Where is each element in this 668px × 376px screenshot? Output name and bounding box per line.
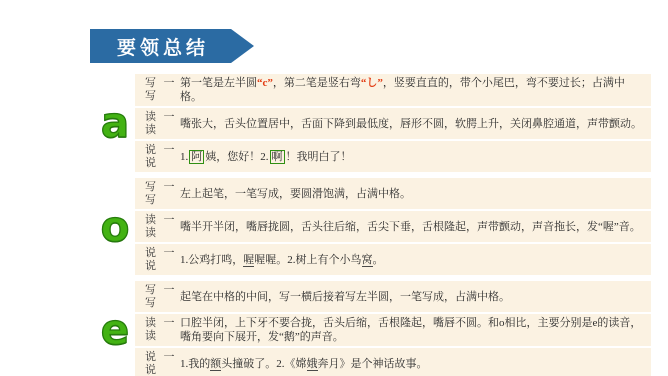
row-content-write: 第一笔是左半圆“c”，第二笔是竖右弯“し”，竖要直直的，带个小尾巴，弯不要过长；… [180, 76, 645, 104]
sections: a写写一第一笔是左半圆“c”，第二笔是竖右弯“し”，竖要直直的，带个小尾巴，弯不… [95, 74, 651, 376]
row-text: 嘴张大，舌头位置居中，舌面下降到最低度，唇形不圆，软腭上升，关闭鼻腔通道，声带颤… [180, 117, 642, 131]
row-dash: 一 [158, 350, 180, 376]
highlight-underline: 窝 [362, 254, 373, 267]
text-segment: 嘴张大，舌头位置居中，舌面下降到最低度，唇形不圆，软腭上升，关闭鼻腔通道，声带颤… [180, 118, 642, 130]
row-content-speak: 1.我的额头撞破了。2.《嫦娥奔月》是个神话故事。 [180, 350, 645, 376]
text-segment: 姨，您好！2. [205, 151, 268, 163]
highlight-red: “c” [257, 77, 273, 89]
row-o-speak: 说说一1.公鸡打鸣，喔喔喔。2.树上有个小鸟窝。 [135, 244, 651, 275]
row-label-write: 写写 [145, 283, 158, 310]
row-label-char: 读 [145, 111, 158, 124]
row-a-speak: 说说一1.阿姨，您好！2.啊！我明白了！ [135, 141, 651, 172]
highlight-underline: 额 [210, 358, 221, 371]
row-label-char: 写 [145, 194, 158, 207]
highlight-underline: 娥 [307, 358, 318, 371]
row-label-char: 读 [145, 227, 158, 240]
row-e-read: 读读一口腔半闭，上下牙不要合拢，舌头后缩，舌根隆起，嘴唇不圆。和o相比，主要分别… [135, 314, 651, 346]
section-a: a写写一第一笔是左半圆“c”，第二笔是竖右弯“し”，竖要直直的，带个小尾巴，弯不… [95, 74, 651, 172]
text-segment: ，第二笔是竖右弯 [273, 77, 361, 89]
rows-o: 写写一左上起笔，一笔写成，要圆滑饱满，占满中格。读读一嘴半开半闭，嘴唇拢圆，舌头… [135, 178, 651, 275]
row-label-char: 读 [145, 330, 158, 343]
row-text: 起笔在中格的中间，写一横后接着写左半圆，一笔写成，占满中格。 [180, 290, 510, 304]
section-o: o写写一左上起笔，一笔写成，要圆滑饱满，占满中格。读读一嘴半开半闭，嘴唇拢圆，舌… [95, 178, 651, 275]
text-segment: 口腔半闭，上下牙不要合拢，舌头后缩，舌根隆起，嘴唇不圆。和o相比，主要分别是e的… [180, 317, 641, 343]
pinyin-letter-o: o [95, 206, 135, 248]
row-dash: 一 [158, 283, 180, 310]
slide: 要领总结 a写写一第一笔是左半圆“c”，第二笔是竖右弯“し”，竖要直直的，带个小… [0, 0, 668, 376]
text-segment: 1. [180, 151, 188, 163]
row-label-char: 写 [145, 181, 158, 194]
row-o-write: 写写一左上起笔，一笔写成，要圆滑饱满，占满中格。 [135, 178, 651, 209]
row-label-char: 读 [145, 214, 158, 227]
highlight-red: “し” [361, 77, 383, 89]
row-label-char: 读 [145, 124, 158, 137]
row-text: 1.阿姨，您好！2.啊！我明白了！ [180, 150, 352, 164]
row-label-char: 写 [145, 297, 158, 310]
row-label-char: 说 [145, 144, 158, 157]
row-label-char: 说 [145, 247, 158, 260]
row-dash: 一 [158, 180, 180, 207]
text-segment: 嘴半开半闭，嘴唇拢圆，舌头往后缩，舌尖下垂，舌根隆起，声带颤动，声音拖长，发“喔… [180, 221, 641, 233]
row-dash: 一 [158, 110, 180, 137]
text-segment: 第一笔是左半圆 [180, 77, 257, 89]
row-content-read: 口腔半闭，上下牙不要合拢，舌头后缩，舌根隆起，嘴唇不圆。和o相比，主要分别是e的… [180, 316, 645, 344]
text-segment: ！我明白了！ [286, 151, 352, 163]
row-label-speak: 说说 [145, 246, 158, 273]
row-dash: 一 [158, 316, 180, 344]
text-segment: 奔月》是个神话故事。 [318, 358, 428, 370]
row-label-char: 写 [145, 284, 158, 297]
row-text: 左上起笔，一笔写成，要圆滑饱满，占满中格。 [180, 187, 411, 201]
row-label-char: 写 [145, 90, 158, 103]
text-segment: 左上起笔，一笔写成，要圆滑饱满，占满中格。 [180, 188, 411, 200]
page-title: 要领总结 [117, 33, 227, 60]
row-text: 第一笔是左半圆“c”，第二笔是竖右弯“し”，竖要直直的，带个小尾巴，弯不要过长；… [180, 76, 645, 104]
row-label-char: 说 [145, 351, 158, 364]
row-label-write: 写写 [145, 180, 158, 207]
row-a-write: 写写一第一笔是左半圆“c”，第二笔是竖右弯“し”，竖要直直的，带个小尾巴，弯不要… [135, 74, 651, 106]
row-label-char: 说 [145, 364, 158, 376]
row-text: 1.公鸡打鸣，喔喔喔。2.树上有个小鸟窝。 [180, 253, 384, 267]
row-content-speak: 1.阿姨，您好！2.啊！我明白了！ [180, 143, 645, 170]
rows-e: 写写一起笔在中格的中间，写一横后接着写左半圆，一笔写成，占满中格。读读一口腔半闭… [135, 281, 651, 376]
section-e: e写写一起笔在中格的中间，写一横后接着写左半圆，一笔写成，占满中格。读读一口腔半… [95, 281, 651, 376]
row-content-read: 嘴张大，舌头位置居中，舌面下降到最低度，唇形不圆，软腭上升，关闭鼻腔通道，声带颤… [180, 110, 645, 137]
row-text: 口腔半闭，上下牙不要合拢，舌头后缩，舌根隆起，嘴唇不圆。和o相比，主要分别是e的… [180, 316, 645, 344]
row-label-read: 读读 [145, 213, 158, 240]
rows-a: 写写一第一笔是左半圆“c”，第二笔是竖右弯“し”，竖要直直的，带个小尾巴，弯不要… [135, 74, 651, 172]
highlight-box: 啊 [270, 150, 285, 164]
row-o-read: 读读一嘴半开半闭，嘴唇拢圆，舌头往后缩，舌尖下垂，舌根隆起，声带颤动，声音拖长，… [135, 211, 651, 242]
row-content-write: 起笔在中格的中间，写一横后接着写左半圆，一笔写成，占满中格。 [180, 283, 645, 310]
text-segment: 。 [373, 254, 384, 266]
row-label-write: 写写 [145, 76, 158, 104]
title-banner: 要领总结 [90, 29, 254, 63]
row-dash: 一 [158, 143, 180, 170]
row-e-write: 写写一起笔在中格的中间，写一横后接着写左半圆，一笔写成，占满中格。 [135, 281, 651, 312]
row-label-speak: 说说 [145, 143, 158, 170]
row-dash: 一 [158, 76, 180, 104]
row-text: 嘴半开半闭，嘴唇拢圆，舌头往后缩，舌尖下垂，舌根隆起，声带颤动，声音拖长，发“喔… [180, 220, 641, 234]
text-segment: 1.公鸡打鸣， [180, 254, 243, 266]
row-dash: 一 [158, 213, 180, 240]
row-label-char: 写 [145, 77, 158, 90]
text-segment: 起笔在中格的中间，写一横后接着写左半圆，一笔写成，占满中格。 [180, 291, 510, 303]
row-e-speak: 说说一1.我的额头撞破了。2.《嫦娥奔月》是个神话故事。 [135, 348, 651, 376]
row-content-read: 嘴半开半闭，嘴唇拢圆，舌头往后缩，舌尖下垂，舌根隆起，声带颤动，声音拖长，发“喔… [180, 213, 645, 240]
row-label-char: 读 [145, 317, 158, 330]
highlight-box: 阿 [189, 150, 204, 164]
row-label-char: 说 [145, 157, 158, 170]
row-label-speak: 说说 [145, 350, 158, 376]
pinyin-letter-e: e [95, 309, 135, 351]
highlight-underline: 喔 [243, 254, 254, 267]
row-text: 1.我的额头撞破了。2.《嫦娥奔月》是个神话故事。 [180, 357, 428, 371]
text-segment: 1.我的 [180, 358, 210, 370]
row-label-char: 说 [145, 260, 158, 273]
pinyin-letter-a: a [95, 102, 135, 144]
row-dash: 一 [158, 246, 180, 273]
row-content-speak: 1.公鸡打鸣，喔喔喔。2.树上有个小鸟窝。 [180, 246, 645, 273]
row-content-write: 左上起笔，一笔写成，要圆滑饱满，占满中格。 [180, 180, 645, 207]
text-segment: 喔喔。2.树上有个小鸟 [254, 254, 361, 266]
text-segment: 头撞破了。2.《嫦 [221, 358, 306, 370]
row-a-read: 读读一嘴张大，舌头位置居中，舌面下降到最低度，唇形不圆，软腭上升，关闭鼻腔通道，… [135, 108, 651, 139]
row-label-read: 读读 [145, 110, 158, 137]
row-label-read: 读读 [145, 316, 158, 344]
